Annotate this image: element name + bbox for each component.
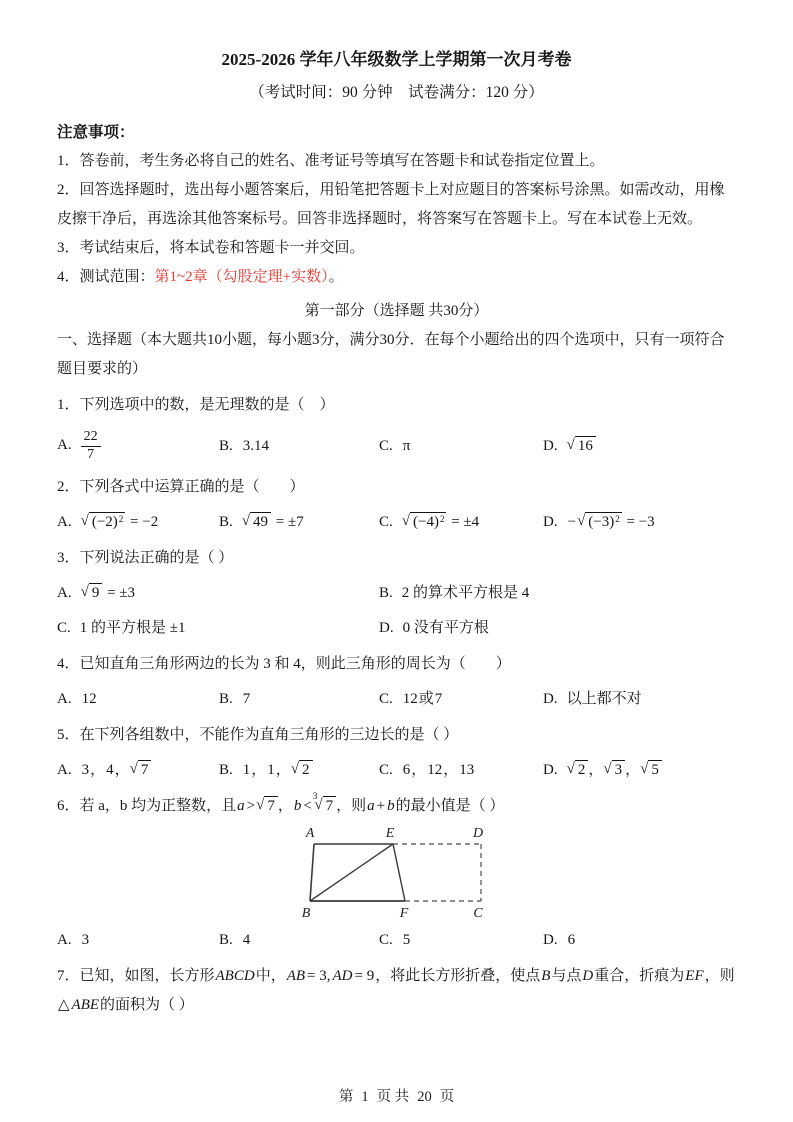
footer-prefix: 第 bbox=[339, 1089, 354, 1105]
option-b: B.7 bbox=[219, 685, 379, 714]
option-c-label: C. bbox=[379, 932, 393, 948]
option-c: C.12或7 bbox=[379, 685, 543, 714]
figure-label-b: B bbox=[302, 906, 311, 920]
option-d-label: D. bbox=[379, 620, 394, 636]
question-4-options: A.12 B.7 C.12或7 D.以上都不对 bbox=[57, 685, 736, 714]
option-c: C.1 的平方根是 ±1 bbox=[57, 614, 379, 643]
question-6-stem: 6．若 a，b 均为正整数，且a>√7，b<3√7，则a+b的最小值是（ ） bbox=[57, 792, 736, 821]
option-b: B.2 的算术平方根是 4 bbox=[379, 579, 736, 608]
option-b: B.√49 = ±7 bbox=[219, 508, 379, 537]
option-a-label: A. bbox=[57, 762, 72, 778]
option-b-content: √49 = ±7 bbox=[242, 514, 305, 530]
question-5: 5．在下列各组数中，不能作为直角三角形的三边长的是（ ） A.3，4，√7 B.… bbox=[57, 721, 736, 785]
option-d: D.√16 bbox=[543, 432, 736, 461]
option-d-content: 6 bbox=[567, 932, 577, 948]
exam-info: （考试时间：90 分钟 试卷满分：120 分） bbox=[57, 82, 736, 104]
notice-item-4-prefix: 4．测试范围： bbox=[57, 269, 155, 285]
part-title: 第一部分（选择题 共30分） bbox=[57, 296, 736, 326]
option-a-content: 12 bbox=[81, 691, 98, 707]
option-a-content: 227 bbox=[81, 437, 101, 453]
question-7: 7．已知，如图，长方形ABCD中，AB= 3,AD= 9，将此长方形折叠，使点B… bbox=[57, 962, 736, 1020]
notice-item-4: 4．测试范围：第1~2章（勾股定理+实数）。 bbox=[57, 263, 736, 292]
option-a-label: A. bbox=[57, 585, 72, 601]
option-c-content: π bbox=[402, 438, 412, 454]
figure-label-d: D bbox=[472, 826, 483, 841]
question-5-options: A.3，4，√7 B.1，1，√2 C.6，12，13 D.√2，√3，√5 bbox=[57, 756, 736, 785]
option-b: B.4 bbox=[219, 926, 379, 955]
footer-current-page: 1 bbox=[361, 1089, 368, 1105]
option-a: A.3 bbox=[57, 926, 219, 955]
question-4-stem: 4．已知直角三角形两边的长为 3 和 4，则此三角形的周长为（ ） bbox=[57, 650, 736, 679]
figure-label-a: A bbox=[305, 826, 315, 841]
figure-label-c: C bbox=[473, 906, 483, 920]
figure-label-f: F bbox=[399, 906, 409, 920]
page-footer: 第1页 共20页 bbox=[0, 1085, 793, 1106]
question-3: 3．下列说法正确的是（ ） A.√9 = ±3 B.2 的算术平方根是 4 C.… bbox=[57, 544, 736, 643]
option-a-content: √(−2)2 = −2 bbox=[81, 514, 160, 530]
exam-page: 2025-2026 学年八年级数学上学期第一次月考卷 （考试时间：90 分钟 试… bbox=[0, 0, 793, 1122]
option-a: A.3，4，√7 bbox=[57, 756, 219, 785]
question-6-options: A.3 B.4 C.5 D.6 bbox=[57, 926, 736, 955]
option-a: A.227 bbox=[57, 429, 219, 462]
figure-label-e: E bbox=[385, 826, 395, 841]
option-b-label: B. bbox=[379, 585, 393, 601]
notice-item-2: 2．回答选择题时，选出每小题答案后，用铅笔把答题卡上对应题目的答案标号涂黑。如需… bbox=[57, 176, 736, 234]
option-c-content: 1 的平方根是 ±1 bbox=[80, 620, 186, 636]
option-c-label: C. bbox=[379, 514, 393, 530]
footer-suffix: 页 bbox=[440, 1089, 455, 1105]
option-b-content: 7 bbox=[242, 691, 252, 707]
option-b-content: 3.14 bbox=[242, 438, 270, 454]
option-a-label: A. bbox=[57, 437, 72, 453]
option-a: A.√(−2)2 = −2 bbox=[57, 508, 219, 537]
option-c-label: C. bbox=[379, 438, 393, 454]
option-a-label: A. bbox=[57, 514, 72, 530]
edge-EF bbox=[393, 844, 405, 901]
option-d-content: √16 bbox=[567, 438, 596, 454]
question-4: 4．已知直角三角形两边的长为 3 和 4，则此三角形的周长为（ ） A.12 B… bbox=[57, 650, 736, 714]
q6-figure-svg: A E D B F C bbox=[300, 825, 500, 920]
option-d-label: D. bbox=[543, 932, 558, 948]
option-d-label: D. bbox=[543, 691, 558, 707]
option-c: C.√(−4)2 = ±4 bbox=[379, 508, 543, 537]
question-7-stem: 7．已知，如图，长方形ABCD中，AB= 3,AD= 9，将此长方形折叠，使点B… bbox=[57, 962, 736, 1020]
question-2: 2．下列各式中运算正确的是（ ） A.√(−2)2 = −2 B.√49 = ±… bbox=[57, 473, 736, 537]
option-d-content: 0 没有平方根 bbox=[403, 620, 489, 636]
option-c-label: C. bbox=[379, 762, 393, 778]
test-scope-highlight: 第1~2章（勾股定理+实数） bbox=[155, 269, 329, 285]
option-d-label: D. bbox=[543, 514, 558, 530]
option-a-label: A. bbox=[57, 932, 72, 948]
notice-item-1: 1．答卷前，考生务必将自己的姓名、准考证号等填写在答题卡和试卷指定位置上。 bbox=[57, 147, 736, 176]
option-b-content: 4 bbox=[242, 932, 252, 948]
option-c-content: 5 bbox=[402, 932, 412, 948]
option-b-content: 1，1，√2 bbox=[242, 762, 313, 778]
question-2-options: A.√(−2)2 = −2 B.√49 = ±7 C.√(−4)2 = ±4 D… bbox=[57, 508, 736, 537]
question-1: 1．下列选项中的数，是无理数的是（ ） A.227 B.3.14 C.π D.√… bbox=[57, 391, 736, 466]
footer-mid: 页 共 bbox=[377, 1089, 410, 1105]
option-c: C.5 bbox=[379, 926, 543, 955]
option-d-content: √2，√3，√5 bbox=[567, 762, 662, 778]
notice-item-3: 3．考试结束后，将本试卷和答题卡一并交回。 bbox=[57, 234, 736, 263]
option-a-content: 3，4，√7 bbox=[81, 762, 152, 778]
edge-AB bbox=[310, 844, 314, 901]
option-a: A.12 bbox=[57, 685, 219, 714]
option-b: B.1，1，√2 bbox=[219, 756, 379, 785]
option-c: C.π bbox=[379, 432, 543, 461]
option-a-label: A. bbox=[57, 691, 72, 707]
edge-BE-diagonal bbox=[310, 844, 393, 901]
notice-item-4-suffix: 。 bbox=[329, 269, 344, 285]
footer-total-pages: 20 bbox=[417, 1089, 432, 1105]
page-title: 2025-2026 学年八年级数学上学期第一次月考卷 bbox=[57, 48, 736, 72]
question-1-options: A.227 B.3.14 C.π D.√16 bbox=[57, 426, 736, 466]
option-b: B.3.14 bbox=[219, 432, 379, 461]
question-3-stem: 3．下列说法正确的是（ ） bbox=[57, 544, 736, 573]
option-d-label: D. bbox=[543, 438, 558, 454]
notices-heading: 注意事项： bbox=[57, 118, 736, 147]
option-d: D.0 没有平方根 bbox=[379, 614, 736, 643]
option-d: D.6 bbox=[543, 926, 736, 955]
option-b-label: B. bbox=[219, 762, 233, 778]
option-d-content: −√(−3)2 = −3 bbox=[567, 514, 656, 530]
option-a-content: √9 = ±3 bbox=[81, 585, 136, 601]
option-d: D.√2，√3，√5 bbox=[543, 756, 736, 785]
option-a: A.√9 = ±3 bbox=[57, 579, 379, 608]
question-6-figure: A E D B F C bbox=[300, 825, 500, 920]
question-5-stem: 5．在下列各组数中，不能作为直角三角形的三边长的是（ ） bbox=[57, 721, 736, 750]
option-c-label: C. bbox=[57, 620, 71, 636]
option-c: C.6，12，13 bbox=[379, 756, 543, 785]
option-c-label: C. bbox=[379, 691, 393, 707]
option-a-content: 3 bbox=[81, 932, 91, 948]
option-c-content: √(−4)2 = ±4 bbox=[402, 514, 480, 530]
option-d: D.以上都不对 bbox=[543, 685, 736, 714]
question-6: 6．若 a，b 均为正整数，且a>√7，b<3√7，则a+b的最小值是（ ） A… bbox=[57, 792, 736, 955]
option-b-label: B. bbox=[219, 932, 233, 948]
option-d-content: 以上都不对 bbox=[567, 691, 642, 707]
option-b-label: B. bbox=[219, 438, 233, 454]
option-b-content: 2 的算术平方根是 4 bbox=[402, 585, 530, 601]
option-b-label: B. bbox=[219, 691, 233, 707]
option-b-label: B. bbox=[219, 514, 233, 530]
option-c-content: 12或7 bbox=[402, 691, 444, 707]
option-c-content: 6，12，13 bbox=[402, 762, 476, 778]
option-d-label: D. bbox=[543, 762, 558, 778]
section-instructions: 一、选择题（本大题共10小题，每小题3分，满分30分．在每个小题给出的四个选项中… bbox=[57, 326, 736, 384]
option-d: D.−√(−3)2 = −3 bbox=[543, 508, 736, 537]
notices-section: 注意事项： 1．答卷前，考生务必将自己的姓名、准考证号等填写在答题卡和试卷指定位… bbox=[57, 118, 736, 292]
question-3-options: A.√9 = ±3 B.2 的算术平方根是 4 C.1 的平方根是 ±1 D.0… bbox=[57, 579, 736, 643]
question-2-stem: 2．下列各式中运算正确的是（ ） bbox=[57, 473, 736, 502]
question-1-stem: 1．下列选项中的数，是无理数的是（ ） bbox=[57, 391, 736, 420]
